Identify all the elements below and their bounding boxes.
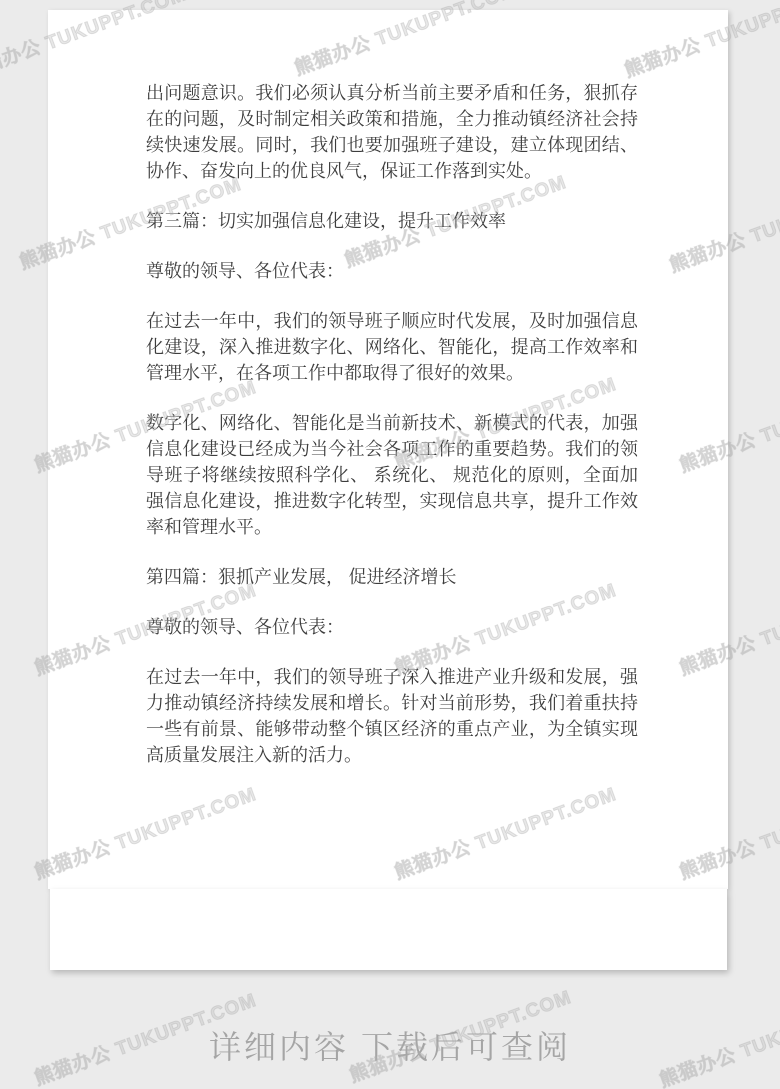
document-text-block: 出问题意识。我们必须认真分析当前主要矛盾和任务，狠抓存在的问题，及时制定相关政策… <box>146 80 638 792</box>
salutation-line: 尊敬的领导、各位代表： <box>146 258 638 284</box>
document-paragraph: 出问题意识。我们必须认真分析当前主要矛盾和任务，狠抓存在的问题，及时制定相关政策… <box>146 80 638 184</box>
next-page-preview <box>50 889 727 970</box>
download-caption: 详细内容 下载后可查阅 <box>0 1022 780 1068</box>
section-heading: 第三篇：切实加强信息化建设，提升工作效率 <box>146 208 638 234</box>
document-paragraph: 在过去一年中，我们的领导班子顺应时代发展，及时加强信息化建设，深入推进数字化、网… <box>146 308 638 386</box>
section-heading: 第四篇：狠抓产业发展， 促进经济增长 <box>146 564 638 590</box>
document-paragraph: 在过去一年中，我们的领导班子深入推进产业升级和发展，强力推动镇经济持续发展和增长… <box>146 664 638 768</box>
document-paragraph: 数字化、网络化、智能化是当前新技术、新模式的代表，加强信息化建设已经成为当今社会… <box>146 410 638 540</box>
salutation-line: 尊敬的领导、各位代表： <box>146 614 638 640</box>
